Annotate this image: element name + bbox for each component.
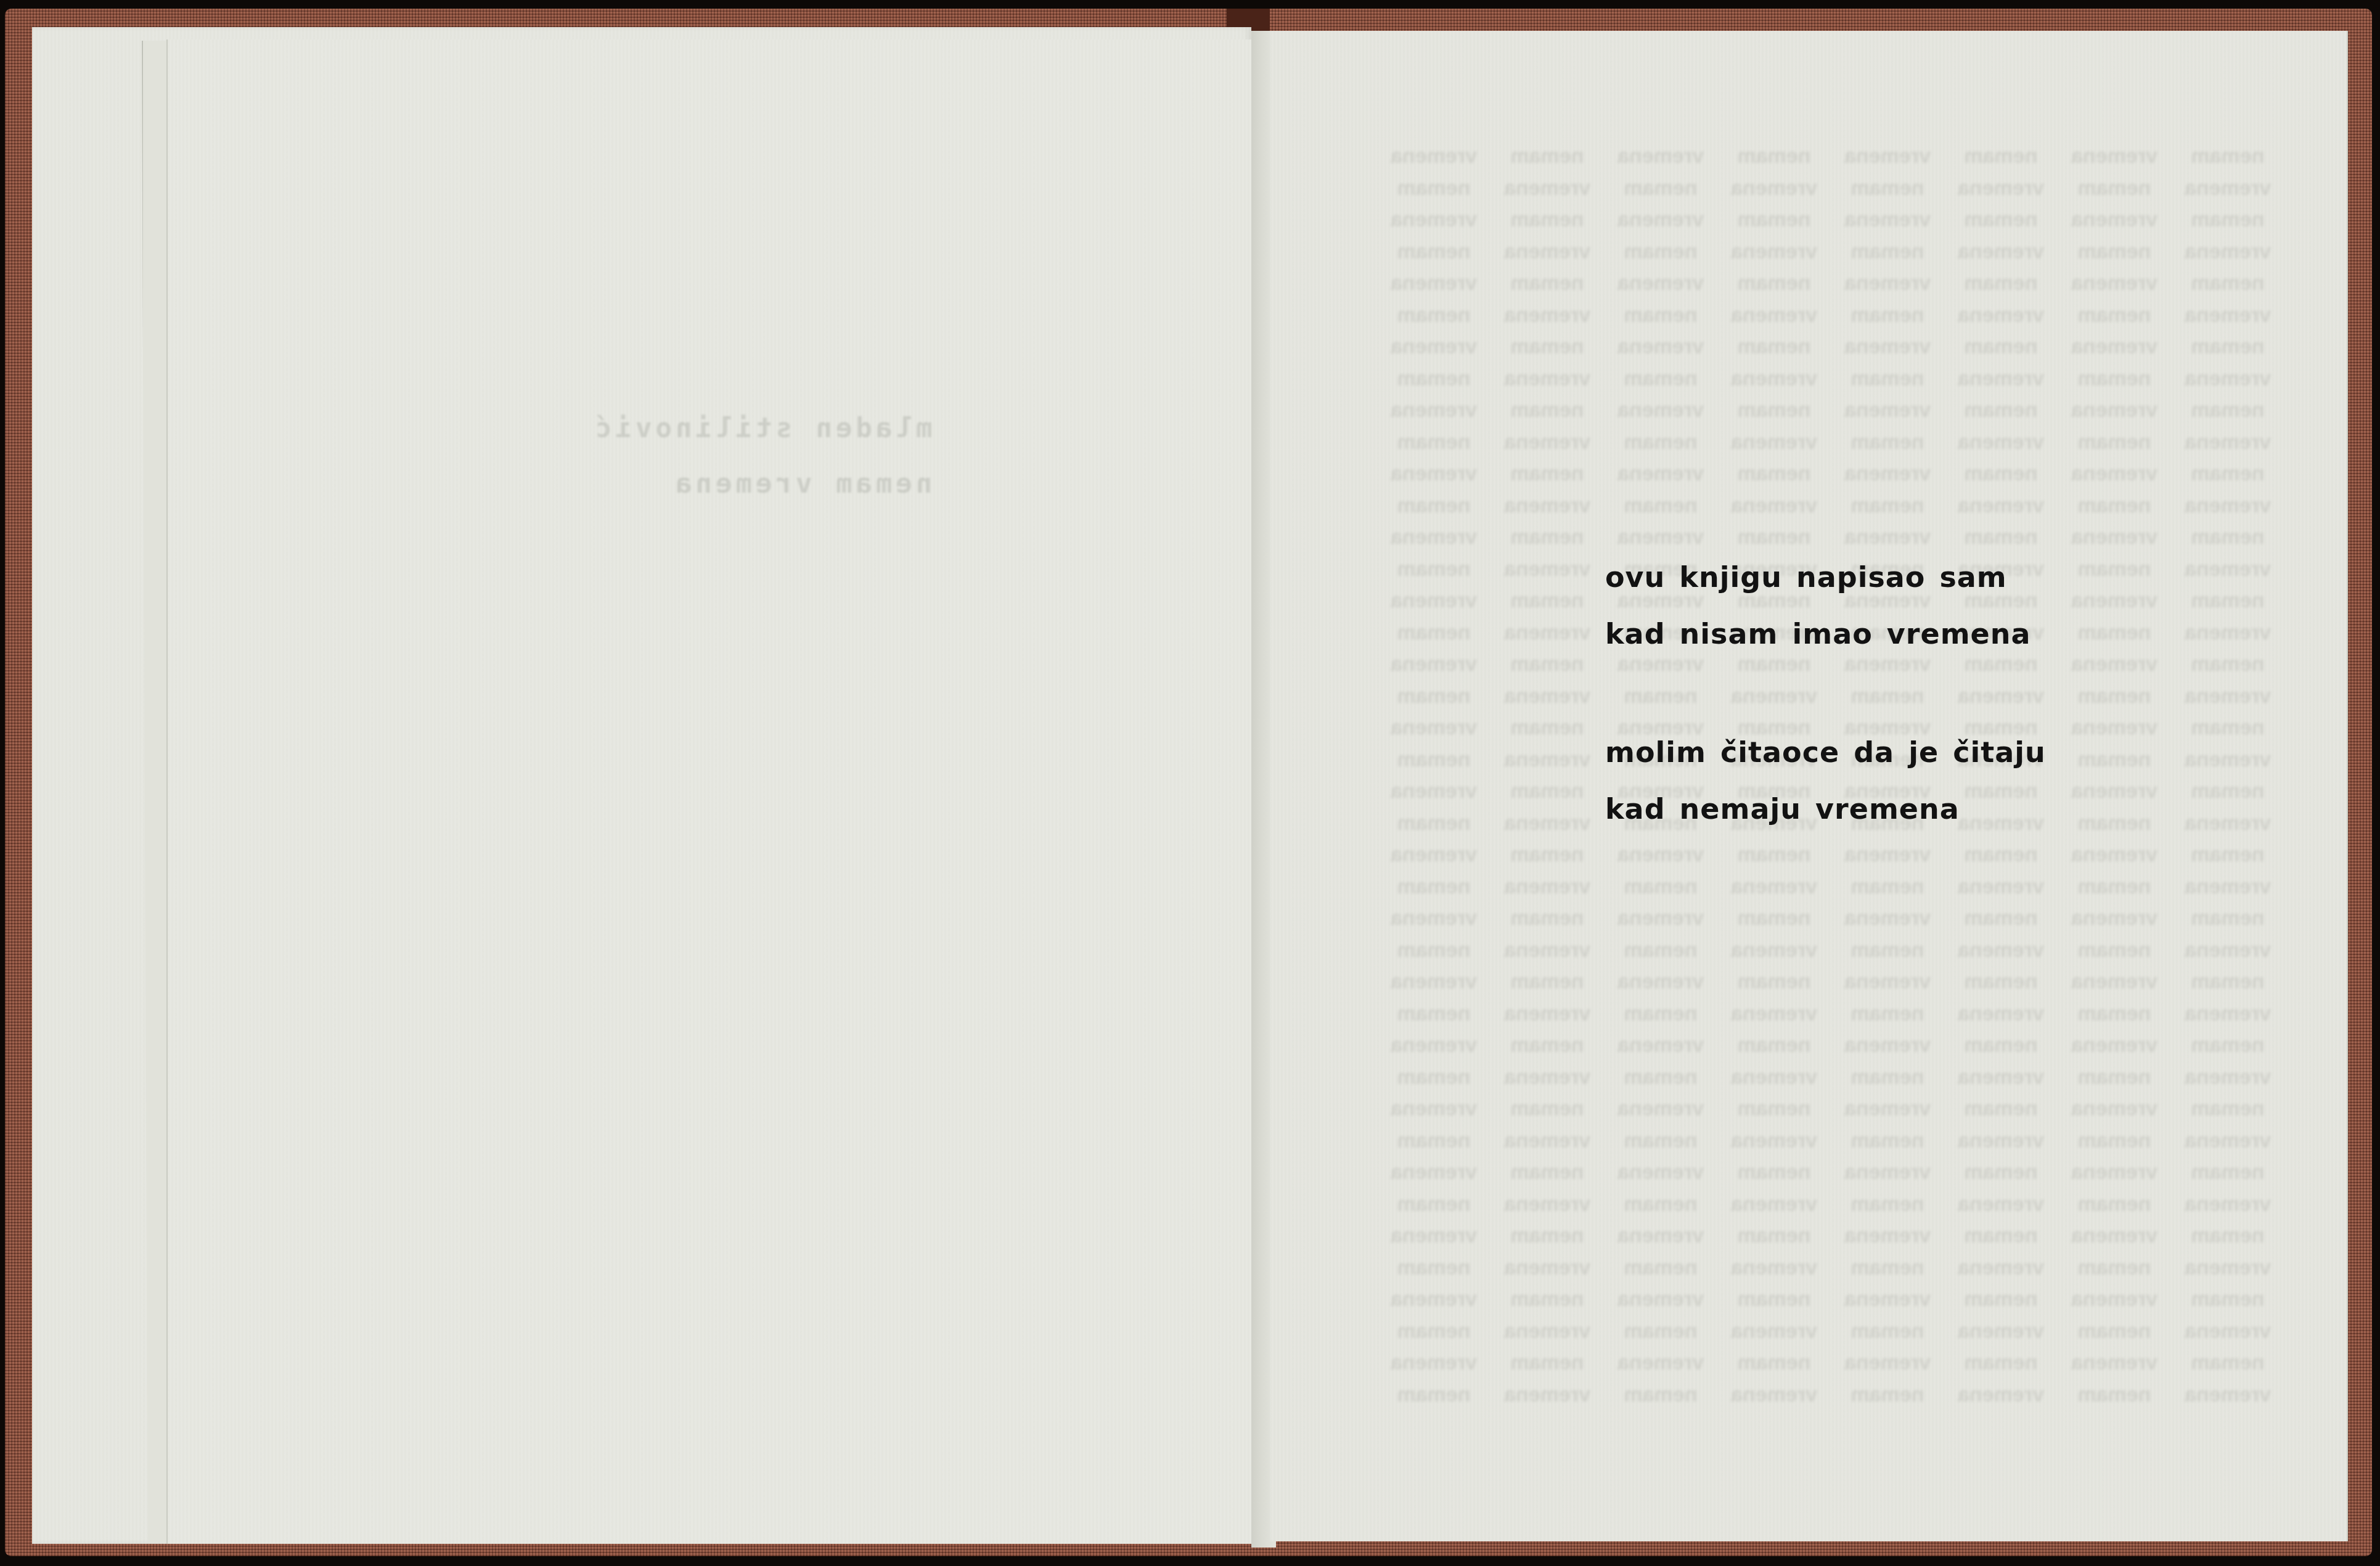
show-through-word: vremena bbox=[2061, 1030, 2167, 1062]
show-through-word: vremena bbox=[1834, 141, 1940, 173]
show-through-word: vremena bbox=[1494, 998, 1600, 1030]
show-through-word: nemam bbox=[1948, 522, 2054, 554]
show-through-word: vremena bbox=[1494, 617, 1600, 649]
show-through-word: nemam bbox=[1608, 935, 1714, 967]
show-through-word: vremena bbox=[2175, 1252, 2281, 1284]
show-through-word: nemam bbox=[2061, 363, 2167, 395]
show-through-word: vremena bbox=[1948, 1125, 2054, 1157]
show-through-word: vremena bbox=[2175, 681, 2281, 713]
show-through-word: nemam bbox=[1834, 1125, 1940, 1157]
show-through-word: vremena bbox=[2061, 204, 2167, 236]
show-through-row: nemamvremenanemamvremenanemamvremenanema… bbox=[1381, 522, 2281, 554]
show-through-word: vremena bbox=[1608, 903, 1714, 935]
show-through-word: vremena bbox=[1494, 935, 1600, 967]
show-through-row: nemamvremenanemamvremenanemamvremenanema… bbox=[1381, 1093, 2281, 1125]
show-through-word: nemam bbox=[1948, 1093, 2054, 1125]
show-through-word: vremena bbox=[2061, 1220, 2167, 1252]
poem-line: molim čitaoce da je čitaju bbox=[1605, 734, 2046, 790]
show-through-word: nemam bbox=[1834, 1316, 1940, 1348]
show-through-word: vremena bbox=[1948, 871, 2054, 903]
show-through-word: vremena bbox=[1381, 1347, 1487, 1379]
show-through-word: nemam bbox=[1721, 1157, 1827, 1189]
show-through-word: vremena bbox=[2175, 871, 2281, 903]
show-through-word: vremena bbox=[1494, 1189, 1600, 1221]
show-through-word: vremena bbox=[2061, 1157, 2167, 1189]
show-through-word: nemam bbox=[1494, 1157, 1600, 1189]
show-through-word: nemam bbox=[1948, 1157, 2054, 1189]
show-through-word: vremena bbox=[1381, 966, 1487, 998]
show-through-word: nemam bbox=[2175, 649, 2281, 681]
show-through-word: nemam bbox=[2061, 1125, 2167, 1157]
show-through-word: vremena bbox=[1608, 522, 1714, 554]
show-through-word: vremena bbox=[1381, 458, 1487, 490]
show-through-word: nemam bbox=[2061, 236, 2167, 268]
show-through-word: nemam bbox=[2175, 458, 2281, 490]
show-through-word: nemam bbox=[2175, 522, 2281, 554]
show-through-row: vremenanemamvremenanemamvremenanemamvrem… bbox=[1381, 935, 2281, 967]
show-through-word: vremena bbox=[2175, 1379, 2281, 1411]
show-through-word: vremena bbox=[1608, 141, 1714, 173]
show-through-word: vremena bbox=[1381, 585, 1487, 617]
show-through-word: vremena bbox=[1381, 522, 1487, 554]
show-through-word: vremena bbox=[1834, 395, 1940, 427]
show-through-word: nemam bbox=[1608, 490, 1714, 522]
show-through-word: vremena bbox=[2061, 585, 2167, 617]
show-through-word: nemam bbox=[1608, 1316, 1714, 1348]
show-through-title: nemam vremena bbox=[672, 468, 932, 499]
show-through-word: vremena bbox=[2175, 1062, 2281, 1094]
show-through-word: nemam bbox=[1948, 141, 2054, 173]
show-through-row: vremenanemamvremenanemamvremenanemamvrem… bbox=[1381, 173, 2281, 205]
show-through-word: nemam bbox=[2061, 1252, 2167, 1284]
show-through-word: nemam bbox=[2061, 173, 2167, 205]
show-through-row: vremenanemamvremenanemamvremenanemamvrem… bbox=[1381, 871, 2281, 903]
show-through-word: vremena bbox=[1834, 1157, 1940, 1189]
show-through-word: nemam bbox=[1721, 1030, 1827, 1062]
show-through-word: vremena bbox=[1494, 871, 1600, 903]
show-through-word: vremena bbox=[1608, 395, 1714, 427]
show-through-word: vremena bbox=[2175, 427, 2281, 459]
show-through-row: nemamvremenanemamvremenanemamvremenanema… bbox=[1381, 1284, 2281, 1316]
show-through-word: nemam bbox=[1948, 331, 2054, 363]
show-through-word: nemam bbox=[1608, 1252, 1714, 1284]
show-through-word: vremena bbox=[1721, 1062, 1827, 1094]
stanza-gap bbox=[1605, 672, 2046, 734]
show-through-word: vremena bbox=[1608, 1284, 1714, 1316]
show-through-word: vremena bbox=[1721, 935, 1827, 967]
show-through-word: nemam bbox=[1381, 1316, 1487, 1348]
show-through-word: nemam bbox=[1721, 141, 1827, 173]
show-through-row: vremenanemamvremenanemamvremenanemamvrem… bbox=[1381, 490, 2281, 522]
show-through-word: nemam bbox=[2175, 903, 2281, 935]
show-through-row: nemamvremenanemamvremenanemamvremenanema… bbox=[1381, 1030, 2281, 1062]
show-through-word: vremena bbox=[1381, 1030, 1487, 1062]
show-through-word: nemam bbox=[1721, 1093, 1827, 1125]
show-through-word: vremena bbox=[2175, 554, 2281, 586]
show-through-word: nemam bbox=[1608, 871, 1714, 903]
show-through-word: nemam bbox=[1948, 458, 2054, 490]
show-through-word: vremena bbox=[1834, 1220, 1940, 1252]
show-through-word: nemam bbox=[1948, 1220, 2054, 1252]
show-through-word: vremena bbox=[1834, 966, 1940, 998]
show-through-word: nemam bbox=[2175, 712, 2281, 744]
show-through-word: vremena bbox=[1608, 1347, 1714, 1379]
show-through-word: vremena bbox=[2061, 1093, 2167, 1125]
show-through-word: vremena bbox=[1834, 1284, 1940, 1316]
show-through-word: nemam bbox=[1381, 1062, 1487, 1094]
show-through-word: vremena bbox=[1721, 173, 1827, 205]
show-through-word: nemam bbox=[1608, 236, 1714, 268]
show-through-word: nemam bbox=[2175, 268, 2281, 300]
show-through-word: vremena bbox=[2175, 173, 2281, 205]
show-through-row: vremenanemamvremenanemamvremenanemamvrem… bbox=[1381, 1252, 2281, 1284]
show-through-word: vremena bbox=[1608, 1030, 1714, 1062]
show-through-word: nemam bbox=[2061, 871, 2167, 903]
show-through-word: vremena bbox=[1494, 808, 1600, 840]
show-through-word: vremena bbox=[1608, 268, 1714, 300]
show-through-word: vremena bbox=[1948, 300, 2054, 332]
show-through-word: nemam bbox=[1381, 363, 1487, 395]
show-through-row: nemamvremenanemamvremenanemamvremenanema… bbox=[1381, 1220, 2281, 1252]
show-through-word: vremena bbox=[1608, 331, 1714, 363]
show-through-word: vremena bbox=[1948, 1189, 2054, 1221]
show-through-word: nemam bbox=[2061, 744, 2167, 776]
show-through-row: nemamvremenanemamvremenanemamvremenanema… bbox=[1381, 268, 2281, 300]
show-through-word: nemam bbox=[1608, 1062, 1714, 1094]
show-through-word: nemam bbox=[2061, 1189, 2167, 1221]
show-through-word: nemam bbox=[1494, 1220, 1600, 1252]
show-through-word: vremena bbox=[2061, 966, 2167, 998]
show-through-word: vremena bbox=[1381, 141, 1487, 173]
show-through-row: vremenanemamvremenanemamvremenanemamvrem… bbox=[1381, 236, 2281, 268]
show-through-word: vremena bbox=[1948, 1379, 2054, 1411]
show-through-word: vremena bbox=[1721, 1252, 1827, 1284]
show-through-word: vremena bbox=[2061, 268, 2167, 300]
show-through-word: nemam bbox=[1381, 173, 1487, 205]
show-through-word: nemam bbox=[1834, 1252, 1940, 1284]
show-through-word: vremena bbox=[1721, 236, 1827, 268]
show-through-row: vremenanemamvremenanemamvremenanemamvrem… bbox=[1381, 1189, 2281, 1221]
show-through-word: vremena bbox=[2061, 776, 2167, 808]
show-through-word: vremena bbox=[1948, 427, 2054, 459]
show-through-word: vremena bbox=[1494, 1062, 1600, 1094]
show-through-word: vremena bbox=[1834, 268, 1940, 300]
show-through-row: vremenanemamvremenanemamvremenanemamvrem… bbox=[1381, 363, 2281, 395]
show-through-word: nemam bbox=[2175, 776, 2281, 808]
show-through-word: nemam bbox=[1494, 1030, 1600, 1062]
show-through-word: nemam bbox=[2175, 1284, 2281, 1316]
show-through-word: vremena bbox=[1608, 1220, 1714, 1252]
show-through-word: vremena bbox=[1494, 681, 1600, 713]
show-through-word: vremena bbox=[1721, 300, 1827, 332]
show-through-word: nemam bbox=[1948, 1347, 2054, 1379]
show-through-word: nemam bbox=[1494, 839, 1600, 871]
show-through-word: vremena bbox=[1494, 1252, 1600, 1284]
show-through-word: nemam bbox=[1494, 141, 1600, 173]
show-through-word: nemam bbox=[2175, 141, 2281, 173]
show-through-word: vremena bbox=[1381, 776, 1487, 808]
show-through-word: nemam bbox=[1834, 300, 1940, 332]
show-through-word: nemam bbox=[1381, 236, 1487, 268]
show-through-word: nemam bbox=[1494, 268, 1600, 300]
show-through-word: nemam bbox=[1721, 966, 1827, 998]
show-through-word: vremena bbox=[2061, 522, 2167, 554]
show-through-word: nemam bbox=[1721, 522, 1827, 554]
show-through-word: nemam bbox=[1608, 998, 1714, 1030]
poem-line: ovu knjigu napisao sam bbox=[1605, 559, 2046, 615]
show-through-word: nemam bbox=[1494, 458, 1600, 490]
show-through-row: vremenanemamvremenanemamvremenanemamvrem… bbox=[1381, 998, 2281, 1030]
show-through-word: vremena bbox=[1721, 1189, 1827, 1221]
show-through-word: nemam bbox=[2061, 1379, 2167, 1411]
show-through-word: vremena bbox=[1721, 490, 1827, 522]
show-through-row: vremenanemamvremenanemamvremenanemamvrem… bbox=[1381, 1062, 2281, 1094]
show-through-word: vremena bbox=[1494, 1379, 1600, 1411]
show-through-word: nemam bbox=[1494, 649, 1600, 681]
show-through-word: nemam bbox=[1381, 427, 1487, 459]
show-through-word: nemam bbox=[2061, 808, 2167, 840]
show-through-row: nemamvremenanemamvremenanemamvremenanema… bbox=[1381, 1347, 2281, 1379]
show-through-word: vremena bbox=[1381, 649, 1487, 681]
show-through-word: vremena bbox=[2175, 744, 2281, 776]
show-through-word: vremena bbox=[1494, 236, 1600, 268]
show-through-word: nemam bbox=[1721, 1284, 1827, 1316]
show-through-word: nemam bbox=[1608, 1379, 1714, 1411]
show-through-word: vremena bbox=[2175, 363, 2281, 395]
show-through-word: vremena bbox=[2175, 1189, 2281, 1221]
show-through-word: vremena bbox=[1381, 331, 1487, 363]
show-through-word: nemam bbox=[1721, 1220, 1827, 1252]
show-through-word: vremena bbox=[1721, 363, 1827, 395]
show-through-word: nemam bbox=[2175, 839, 2281, 871]
show-through-word: vremena bbox=[1381, 1220, 1487, 1252]
show-through-word: nemam bbox=[1381, 871, 1487, 903]
show-through-row: nemamvremenanemamvremenanemamvremenanema… bbox=[1381, 1157, 2281, 1189]
show-through-word: nemam bbox=[1494, 395, 1600, 427]
show-through-word: vremena bbox=[1721, 998, 1827, 1030]
show-through-word: vremena bbox=[2061, 712, 2167, 744]
show-through-word: vremena bbox=[2061, 395, 2167, 427]
show-through-word: nemam bbox=[1948, 395, 2054, 427]
show-through-word: vremena bbox=[1608, 966, 1714, 998]
show-through-word: nemam bbox=[1494, 331, 1600, 363]
show-through-word: nemam bbox=[2061, 554, 2167, 586]
show-through-word: vremena bbox=[1381, 1093, 1487, 1125]
show-through-word: nemam bbox=[1608, 427, 1714, 459]
show-through-word: nemam bbox=[1608, 300, 1714, 332]
show-through-word: vremena bbox=[1381, 1284, 1487, 1316]
show-through-word: vremena bbox=[1381, 1157, 1487, 1189]
show-through-row: nemamvremenanemamvremenanemamvremenanema… bbox=[1381, 331, 2281, 363]
show-through-word: nemam bbox=[2061, 681, 2167, 713]
show-through-word: nemam bbox=[1381, 744, 1487, 776]
show-through-word: nemam bbox=[1834, 490, 1940, 522]
show-through-word: vremena bbox=[1948, 490, 2054, 522]
show-through-word: vremena bbox=[2061, 903, 2167, 935]
show-through-word: nemam bbox=[2061, 935, 2167, 967]
show-through-word: vremena bbox=[1381, 839, 1487, 871]
left-page bbox=[166, 39, 1253, 1544]
show-through-word: vremena bbox=[1721, 871, 1827, 903]
show-through-word: vremena bbox=[2175, 998, 2281, 1030]
show-through-word: vremena bbox=[1494, 363, 1600, 395]
show-through-word: vremena bbox=[1948, 363, 2054, 395]
show-through-word: vremena bbox=[1721, 427, 1827, 459]
show-through-word: vremena bbox=[1381, 712, 1487, 744]
show-through-word: vremena bbox=[2061, 331, 2167, 363]
show-through-word: nemam bbox=[1948, 1030, 2054, 1062]
show-through-word: nemam bbox=[2175, 395, 2281, 427]
show-through-word: vremena bbox=[1381, 204, 1487, 236]
show-through-word: vremena bbox=[1494, 554, 1600, 586]
show-through-word: vremena bbox=[1834, 331, 1940, 363]
show-through-row: nemamvremenanemamvremenanemamvremenanema… bbox=[1381, 141, 2281, 173]
show-through-word: vremena bbox=[1721, 1316, 1827, 1348]
show-through-word: nemam bbox=[2061, 617, 2167, 649]
show-through-word: vremena bbox=[1948, 998, 2054, 1030]
show-through-word: nemam bbox=[1494, 522, 1600, 554]
show-through-word: vremena bbox=[2175, 935, 2281, 967]
show-through-word: nemam bbox=[1834, 998, 1940, 1030]
show-through-word: nemam bbox=[2175, 1093, 2281, 1125]
show-through-row: vremenanemamvremenanemamvremenanemamvrem… bbox=[1381, 300, 2281, 332]
show-through-word: nemam bbox=[1494, 712, 1600, 744]
show-through-word: vremena bbox=[1608, 204, 1714, 236]
show-through-word: nemam bbox=[1494, 903, 1600, 935]
show-through-word: vremena bbox=[1494, 1125, 1600, 1157]
show-through-word: nemam bbox=[1721, 458, 1827, 490]
show-through-word: nemam bbox=[1381, 681, 1487, 713]
show-through-word: nemam bbox=[1381, 554, 1487, 586]
show-through-word: vremena bbox=[1721, 1379, 1827, 1411]
show-through-author: mladen stilinović bbox=[592, 412, 932, 444]
show-through-word: nemam bbox=[2175, 204, 2281, 236]
show-through-word: nemam bbox=[1948, 1284, 2054, 1316]
show-through-word: nemam bbox=[1381, 935, 1487, 967]
show-through-word: nemam bbox=[1834, 1379, 1940, 1411]
show-through-word: nemam bbox=[1381, 1379, 1487, 1411]
show-through-word: vremena bbox=[2175, 617, 2281, 649]
show-through-row: nemamvremenanemamvremenanemamvremenanema… bbox=[1381, 903, 2281, 935]
show-through-word: vremena bbox=[1608, 1093, 1714, 1125]
show-through-word: nemam bbox=[1381, 808, 1487, 840]
show-through-word: nemam bbox=[1381, 617, 1487, 649]
show-through-word: vremena bbox=[1834, 1093, 1940, 1125]
show-through-word: nemam bbox=[1381, 490, 1487, 522]
show-through-word: nemam bbox=[1834, 173, 1940, 205]
show-through-word: vremena bbox=[2175, 490, 2281, 522]
show-through-word: nemam bbox=[1381, 300, 1487, 332]
show-through-word: nemam bbox=[2061, 490, 2167, 522]
show-through-word: nemam bbox=[1948, 204, 2054, 236]
show-through-word: vremena bbox=[1834, 1030, 1940, 1062]
show-through-word: vremena bbox=[1494, 490, 1600, 522]
show-through-word: vremena bbox=[2175, 808, 2281, 840]
show-through-row: nemamvremenanemamvremenanemamvremenanema… bbox=[1381, 395, 2281, 427]
show-through-word: nemam bbox=[2175, 1347, 2281, 1379]
show-through-word: nemam bbox=[2061, 1316, 2167, 1348]
show-through-word: vremena bbox=[1834, 1347, 1940, 1379]
show-through-word: vremena bbox=[1721, 1125, 1827, 1157]
show-through-word: nemam bbox=[1834, 363, 1940, 395]
show-through-word: vremena bbox=[1381, 395, 1487, 427]
show-through-word: vremena bbox=[2061, 1347, 2167, 1379]
show-through-word: nemam bbox=[1381, 998, 1487, 1030]
show-through-word: nemam bbox=[1608, 173, 1714, 205]
show-through-word: vremena bbox=[1948, 236, 2054, 268]
show-through-word: vremena bbox=[1494, 427, 1600, 459]
show-through-row: vremenanemamvremenanemamvremenanemamvrem… bbox=[1381, 1125, 2281, 1157]
show-through-word: vremena bbox=[1608, 1157, 1714, 1189]
show-through-row: vremenanemamvremenanemamvremenanemamvrem… bbox=[1381, 1316, 2281, 1348]
poem-line: kad nemaju vremena bbox=[1605, 790, 2046, 847]
show-through-word: vremena bbox=[2175, 1125, 2281, 1157]
show-through-word: nemam bbox=[2175, 1157, 2281, 1189]
show-through-word: nemam bbox=[2175, 1030, 2281, 1062]
show-through-word: nemam bbox=[1494, 204, 1600, 236]
show-through-word: vremena bbox=[1381, 903, 1487, 935]
show-through-word: nemam bbox=[1948, 903, 2054, 935]
show-through-word: nemam bbox=[1494, 1347, 1600, 1379]
show-through-word: vremena bbox=[1834, 903, 1940, 935]
show-through-word: nemam bbox=[1608, 1125, 1714, 1157]
show-through-word: nemam bbox=[1721, 395, 1827, 427]
show-through-word: nemam bbox=[1834, 427, 1940, 459]
show-through-word: vremena bbox=[2061, 839, 2167, 871]
show-through-word: nemam bbox=[1721, 268, 1827, 300]
show-through-word: vremena bbox=[1834, 458, 1940, 490]
poem: ovu knjigu napisao sam kad nisam imao vr… bbox=[1605, 559, 2046, 847]
show-through-word: vremena bbox=[1834, 522, 1940, 554]
show-through-word: nemam bbox=[1381, 1125, 1487, 1157]
show-through-word: vremena bbox=[2061, 1284, 2167, 1316]
show-through-word: nemam bbox=[1494, 585, 1600, 617]
show-through-word: nemam bbox=[2175, 1220, 2281, 1252]
show-through-row: vremenanemamvremenanemamvremenanemamvrem… bbox=[1381, 427, 2281, 459]
left-page-show-through: mladen stilinović nemam vremena bbox=[592, 401, 932, 512]
show-through-word: nemam bbox=[1494, 966, 1600, 998]
show-through-word: vremena bbox=[2175, 300, 2281, 332]
show-through-word: vremena bbox=[1494, 1316, 1600, 1348]
show-through-word: vremena bbox=[1948, 1062, 2054, 1094]
show-through-word: vremena bbox=[1948, 173, 2054, 205]
show-through-word: vremena bbox=[1494, 300, 1600, 332]
show-through-word: nemam bbox=[1834, 1189, 1940, 1221]
show-through-word: nemam bbox=[1948, 966, 2054, 998]
show-through-row: nemamvremenanemamvremenanemamvremenanema… bbox=[1381, 204, 2281, 236]
show-through-word: nemam bbox=[1494, 1284, 1600, 1316]
show-through-word: vremena bbox=[2061, 141, 2167, 173]
show-through-word: nemam bbox=[1608, 1189, 1714, 1221]
show-through-word: vremena bbox=[1834, 204, 1940, 236]
show-through-word: nemam bbox=[1608, 363, 1714, 395]
show-through-word: vremena bbox=[2175, 236, 2281, 268]
show-through-word: vremena bbox=[1381, 268, 1487, 300]
show-through-word: nemam bbox=[1721, 331, 1827, 363]
show-through-word: nemam bbox=[2175, 331, 2281, 363]
show-through-word: nemam bbox=[1721, 204, 1827, 236]
show-through-word: vremena bbox=[2061, 649, 2167, 681]
show-through-word: nemam bbox=[1834, 1062, 1940, 1094]
show-through-word: nemam bbox=[2061, 1062, 2167, 1094]
show-through-word: nemam bbox=[1494, 1093, 1600, 1125]
poem-line: kad nisam imao vremena bbox=[1605, 615, 2046, 672]
show-through-word: vremena bbox=[1948, 935, 2054, 967]
show-through-word: nemam bbox=[1381, 1189, 1487, 1221]
show-through-word: vremena bbox=[1494, 744, 1600, 776]
show-through-word: nemam bbox=[1721, 903, 1827, 935]
show-through-word: nemam bbox=[2061, 300, 2167, 332]
